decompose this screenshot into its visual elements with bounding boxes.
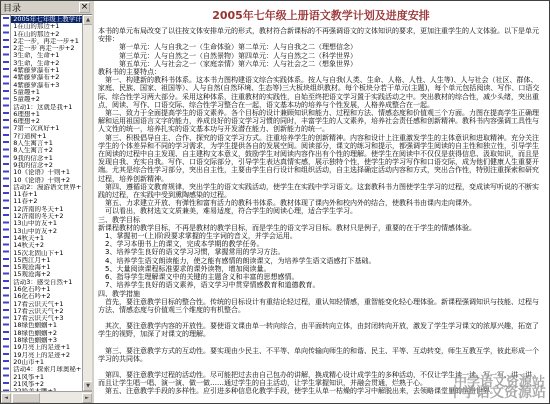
toc-sidebar: 目录 × 2005年七年级上教学计划1在山的那边+11在山的那边+22走一步，再… <box>1 1 94 403</box>
scroll-down-icon[interactable]: ▼ <box>83 381 92 391</box>
paragraph: 第二、致力于全面提高学生的语文素养。各个目标的设计兼顾知识和能力、过程和方法、情… <box>98 109 544 134</box>
toc-item[interactable]: 13山中访友+2 <box>11 228 82 235</box>
toc-item[interactable]: 16化石吟+1 <box>11 286 82 293</box>
toc-item[interactable]: 3生命，生命+2 <box>11 60 82 67</box>
scroll-right-icon[interactable]: ► <box>82 393 92 403</box>
toc-item[interactable]: 活动1：这就是我+1 <box>11 104 82 111</box>
toc-item[interactable]: 15西江月+1 <box>11 257 82 264</box>
toc-item[interactable]: 17看云识天气+2 <box>11 308 82 315</box>
toc-item[interactable]: 18绿色蝈蝈+2 <box>11 330 82 337</box>
link-gutter <box>1 15 11 391</box>
toc-item[interactable]: 4紫藤萝瀑布+1 <box>11 67 82 74</box>
toc-item[interactable]: 1在山的那边+1 <box>11 23 82 30</box>
paragraph: 3、培养学生良好的语文学习习惯，掌握常用的学习方法。 <box>98 248 544 256</box>
toc-item[interactable]: 4紫藤萝瀑布+3 <box>11 82 82 89</box>
toc-item[interactable]: 20山市+1 <box>11 359 82 366</box>
toc-item[interactable]: 21风筝+2 <box>11 381 82 388</box>
paragraph: 7、培养学生良好的语文素养，语文学习中贯穿情感教育和道德教育。 <box>98 281 544 289</box>
toc-item[interactable]: 15观沧海+2 <box>11 271 82 278</box>
paragraph: 新课程教材的教学目标，不再是教材的教学目标，而是学生的语文学习目标。教材只是例子… <box>98 224 544 232</box>
document-pane: 2005年七年级上册语文教学计划及进度安排 本书的单元布局改变了以往按文体安排单… <box>94 1 549 403</box>
paragraph: 其次，要注意教学内容的开放性。要使语文课由单一转向综合，由平面转向立体，由封闭转… <box>98 322 544 338</box>
toc-item[interactable]: 19月亮上的足迹+1 <box>11 344 82 351</box>
paragraph: 第五单元：人与社会之一（家庭亲情）第六单元：人与社会之二（想象世界） <box>98 60 544 68</box>
paragraph: 第一、构建新的教科书体系。这本书力图构建语文综合实践体系。按人与自我(人类、生命… <box>98 76 544 109</box>
paragraph: 第五、注意教学手段的多样性。应引进多种信息化教学手段，使学生从单一枯燥的学习中解… <box>98 387 544 395</box>
toc-item[interactable]: 3生命，生命+1 <box>11 52 82 59</box>
paragraph: 三、教学目标 <box>98 216 544 224</box>
toc-item[interactable]: 活动3：感受自然+1 <box>11 279 82 286</box>
toc-item[interactable]: 6理想+1 <box>11 111 82 118</box>
scroll-up-icon[interactable]: ▲ <box>83 15 92 25</box>
paragraph: 本书的单元布局改变了以往按文体安排单元的形式，教材符合新课标的不再强调语文的文体… <box>98 27 544 43</box>
toc-item[interactable]: 9我的信念+1 <box>11 155 82 162</box>
toc-item[interactable]: 8人生寓言+2 <box>11 147 82 154</box>
toc-item[interactable]: 2005年七年级上教学计划 <box>11 16 82 23</box>
toc-item[interactable]: 5童趣+2 <box>11 96 82 103</box>
toc-item[interactable]: 11春+2 <box>11 198 82 205</box>
toc-item[interactable]: 10《论语》十则+1 <box>11 169 82 176</box>
page-title: 2005年七年级上册语文教学计划及进度安排 <box>98 7 544 23</box>
paragraph: 第四、要注意教学过程的活动性。尽可能把过去由自己包办的讲解，换成精心设计成学生的… <box>98 371 544 387</box>
paragraph: 首先，要注意教学目标的整合性。传统的目标设计有重结论轻过程，重认知轻情感，重智能… <box>98 298 544 314</box>
toc-list: 2005年七年级上教学计划1在山的那边+11在山的那边+22走一步，再走一步+1… <box>11 15 82 391</box>
toc-item[interactable]: 1在山的那边+2 <box>11 31 82 38</box>
toc-item[interactable]: 12济南的冬天+2 <box>11 213 82 220</box>
paragraph: 4、培养学生语文朗读能力，使之能有感情的朗读课文，为培养学生语文语感打下基础。 <box>98 257 544 265</box>
toc-item[interactable]: 活动2：漫游语文世界+1 <box>11 184 82 191</box>
toc-item[interactable]: 14秋天+1 <box>11 235 82 242</box>
toc-item[interactable]: 14秋天+2 <box>11 242 82 249</box>
toc-item[interactable]: 2走一步，再走一步+1 <box>11 38 82 45</box>
close-icon[interactable]: × <box>79 2 90 13</box>
toc-item[interactable]: 17看云识天气+1 <box>11 301 82 308</box>
toc-item[interactable]: 11春+1 <box>11 191 82 198</box>
toc-item[interactable]: 19月亮上的足迹+2 <box>11 352 82 359</box>
ebook-viewer-window: 目录 × 2005年七年级上教学计划1在山的那边+11在山的那边+22走一步，再… <box>0 0 550 404</box>
toc-item[interactable]: 17看云识天气+3 <box>11 315 82 322</box>
paragraph: 第一单元：人与自我之一（生命体验）第二单元：人与自我之二（理想信念） <box>98 43 544 51</box>
toc-item[interactable]: 15次北固山下+1 <box>11 250 82 257</box>
toc-item[interactable]: 18绿色蝈蝈+1 <box>11 322 82 329</box>
toc-item[interactable]: 4紫藤萝瀑布+2 <box>11 74 82 81</box>
toc-item[interactable]: 16化石吟+2 <box>11 293 82 300</box>
paragraph: 教科书的主要特点： <box>98 68 544 76</box>
scrollbar-thumb[interactable] <box>12 393 40 403</box>
toc-item[interactable]: 15观沧海+1 <box>11 264 82 271</box>
toc-item[interactable]: 13山中访友+1 <box>11 220 82 227</box>
toc-vertical-scrollbar[interactable]: ▲ ▼ <box>82 15 92 391</box>
toc-item[interactable]: 12济南的冬天+1 <box>11 206 82 213</box>
document-body: 本书的单元布局改变了以往按文体安排单元的形式，教材符合新课标的不再强调语文的文体… <box>98 27 544 396</box>
paragraph: 四、教学措施 <box>98 290 544 298</box>
paragraph: 第三、要注意教学方式的互动性。要实现由少民主、不平等、单向传输向师生的和谐、民主… <box>98 347 544 363</box>
toc-item[interactable]: 2走一步 再走一步+2 <box>11 45 82 52</box>
toc-item[interactable]: 活动4：探索月球奥秘+1 <box>11 366 82 373</box>
paragraph: 第三、积极倡导自主、合作、探究的语文学习方式。注重培养学生的创新精神。内容和设计… <box>98 134 544 183</box>
toc-item[interactable]: 7第一次真好+1 <box>11 125 82 132</box>
toc-item[interactable]: 5童趣+1 <box>11 89 82 96</box>
toc-header: 目录 × <box>1 1 92 15</box>
scroll-left-icon[interactable]: ◄ <box>1 393 11 403</box>
toc-item[interactable]: 10《论语》十则+2 <box>11 177 82 184</box>
toc-item[interactable]: 8人生寓言+1 <box>11 140 82 147</box>
paragraph: 可以看出，教材选文文质兼美，难易适度，符合学生的阅读心理，适合学生学习。 <box>98 207 544 215</box>
paragraph: 第四、遵循语文教育规律，突出学生的语文实践活动，使学生在实践中学习语文。这套教科… <box>98 183 544 199</box>
paragraph: 第三单元：人与自然之一（自然景物）第四单元：人与自然之二（科学世界） <box>98 52 544 60</box>
toc-body: 2005年七年级上教学计划1在山的那边+11在山的那边+22走一步，再走一步+1… <box>1 15 92 391</box>
toc-item[interactable]: 9我的信念+2 <box>11 162 82 169</box>
toc-title: 目录 <box>3 1 21 14</box>
toc-horizontal-scrollbar[interactable]: ◄ ► <box>1 391 92 403</box>
toc-item[interactable]: 22羚羊木雕+1 <box>11 388 82 391</box>
toc-item[interactable]: 18绿色蝈蝈+3 <box>11 337 82 344</box>
toc-item[interactable]: 7行道树+1 <box>11 133 82 140</box>
toc-item[interactable]: 21风筝+1 <box>11 374 82 381</box>
toc-item[interactable]: 6理想+2 <box>11 118 82 125</box>
paragraph: 5、大量阅读课程标准要求的课外读物，增加阅读量。 <box>98 265 544 273</box>
